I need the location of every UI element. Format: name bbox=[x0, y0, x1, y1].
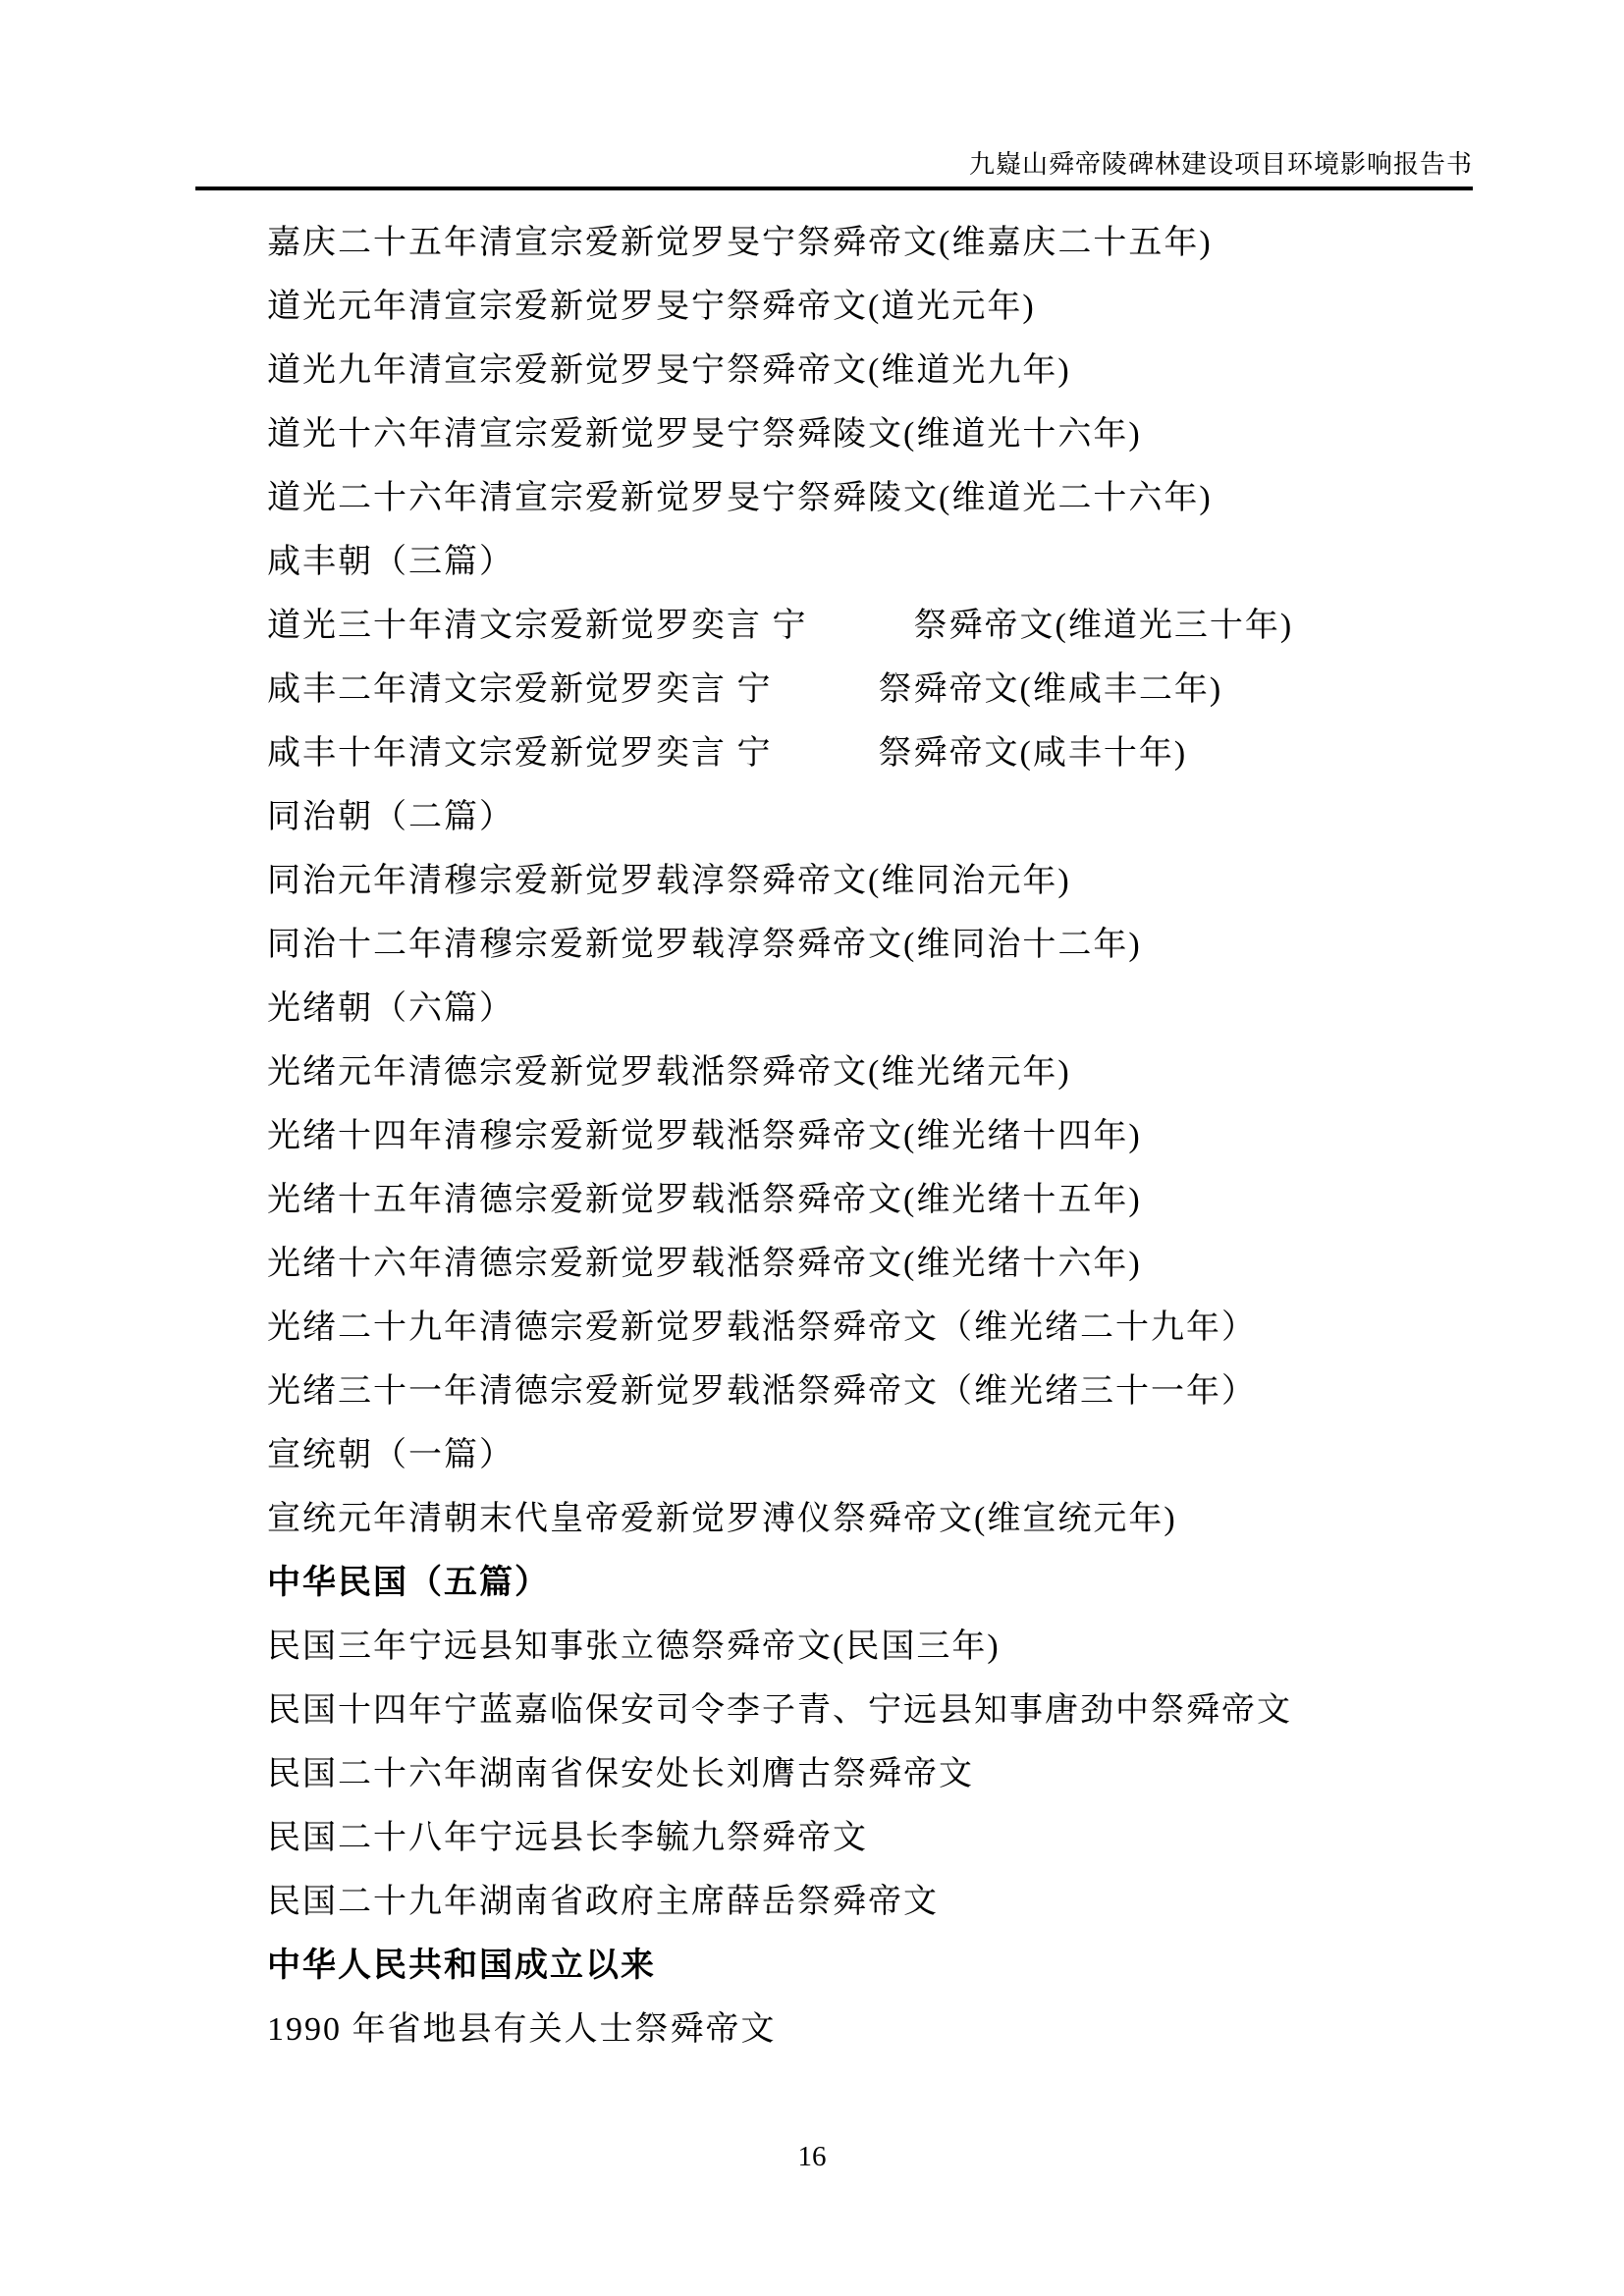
page-number: 16 bbox=[0, 2140, 1624, 2173]
text-line: 民国三年宁远县知事张立德祭舜帝文(民国三年) bbox=[267, 1615, 1504, 1679]
text-line: 民国二十八年宁远县长李毓九祭舜帝文 bbox=[267, 1806, 1504, 1870]
header-divider-rule bbox=[195, 187, 1473, 190]
text-line: 道光三十年清文宗爱新觉罗奕言 宁 祭舜帝文(维道光三十年) bbox=[267, 594, 1504, 658]
text-line: 咸丰十年清文宗爱新觉罗奕言 宁 祭舜帝文(咸丰十年) bbox=[267, 721, 1504, 785]
text-line: 中华民国（五篇） bbox=[267, 1551, 1504, 1615]
text-line: 中华人民共和国成立以来 bbox=[267, 1934, 1504, 1998]
document-body: 嘉庆二十五年清宣宗爱新觉罗旻宁祭舜帝文(维嘉庆二十五年)道光元年清宣宗爱新觉罗旻… bbox=[267, 211, 1504, 2061]
text-line: 民国二十九年湖南省政府主席薛岳祭舜帝文 bbox=[267, 1870, 1504, 1934]
text-line: 光绪朝（六篇） bbox=[267, 977, 1504, 1041]
text-line: 咸丰二年清文宗爱新觉罗奕言 宁 祭舜帝文(维咸丰二年) bbox=[267, 658, 1504, 721]
text-line: 同治十二年清穆宗爱新觉罗载淳祭舜帝文(维同治十二年) bbox=[267, 913, 1504, 977]
text-line: 1990 年省地县有关人士祭舜帝文 bbox=[267, 1998, 1504, 2061]
text-line: 同治朝（二篇） bbox=[267, 785, 1504, 849]
page-header-title: 九嶷山舜帝陵碑林建设项目环境影响报告书 bbox=[195, 147, 1473, 183]
text-line: 咸丰朝（三篇） bbox=[267, 530, 1504, 594]
text-line: 道光九年清宣宗爱新觉罗旻宁祭舜帝文(维道光九年) bbox=[267, 339, 1504, 402]
text-line: 道光十六年清宣宗爱新觉罗旻宁祭舜陵文(维道光十六年) bbox=[267, 402, 1504, 466]
text-line: 民国十四年宁蓝嘉临保安司令李子青、宁远县知事唐劲中祭舜帝文 bbox=[267, 1679, 1504, 1742]
text-line: 道光元年清宣宗爱新觉罗旻宁祭舜帝文(道光元年) bbox=[267, 275, 1504, 339]
text-line: 光绪三十一年清德宗爱新觉罗载湉祭舜帝文（维光绪三十一年） bbox=[267, 1360, 1504, 1423]
text-line: 民国二十六年湖南省保安处长刘膺古祭舜帝文 bbox=[267, 1742, 1504, 1806]
text-line: 光绪十四年清穆宗爱新觉罗载湉祭舜帝文(维光绪十四年) bbox=[267, 1104, 1504, 1168]
text-line: 光绪十五年清德宗爱新觉罗载湉祭舜帝文(维光绪十五年) bbox=[267, 1168, 1504, 1232]
text-line: 同治元年清穆宗爱新觉罗载淳祭舜帝文(维同治元年) bbox=[267, 849, 1504, 913]
text-line: 光绪十六年清德宗爱新觉罗载湉祭舜帝文(维光绪十六年) bbox=[267, 1232, 1504, 1296]
document-page: 九嶷山舜帝陵碑林建设项目环境影响报告书 嘉庆二十五年清宣宗爱新觉罗旻宁祭舜帝文(… bbox=[0, 0, 1624, 2296]
text-line: 嘉庆二十五年清宣宗爱新觉罗旻宁祭舜帝文(维嘉庆二十五年) bbox=[267, 211, 1504, 275]
text-line: 光绪二十九年清德宗爱新觉罗载湉祭舜帝文（维光绪二十九年） bbox=[267, 1296, 1504, 1360]
text-line: 宣统朝（一篇） bbox=[267, 1423, 1504, 1487]
text-line: 宣统元年清朝末代皇帝爱新觉罗溥仪祭舜帝文(维宣统元年) bbox=[267, 1487, 1504, 1551]
text-line: 光绪元年清德宗爱新觉罗载湉祭舜帝文(维光绪元年) bbox=[267, 1041, 1504, 1104]
text-line: 道光二十六年清宣宗爱新觉罗旻宁祭舜陵文(维道光二十六年) bbox=[267, 466, 1504, 530]
